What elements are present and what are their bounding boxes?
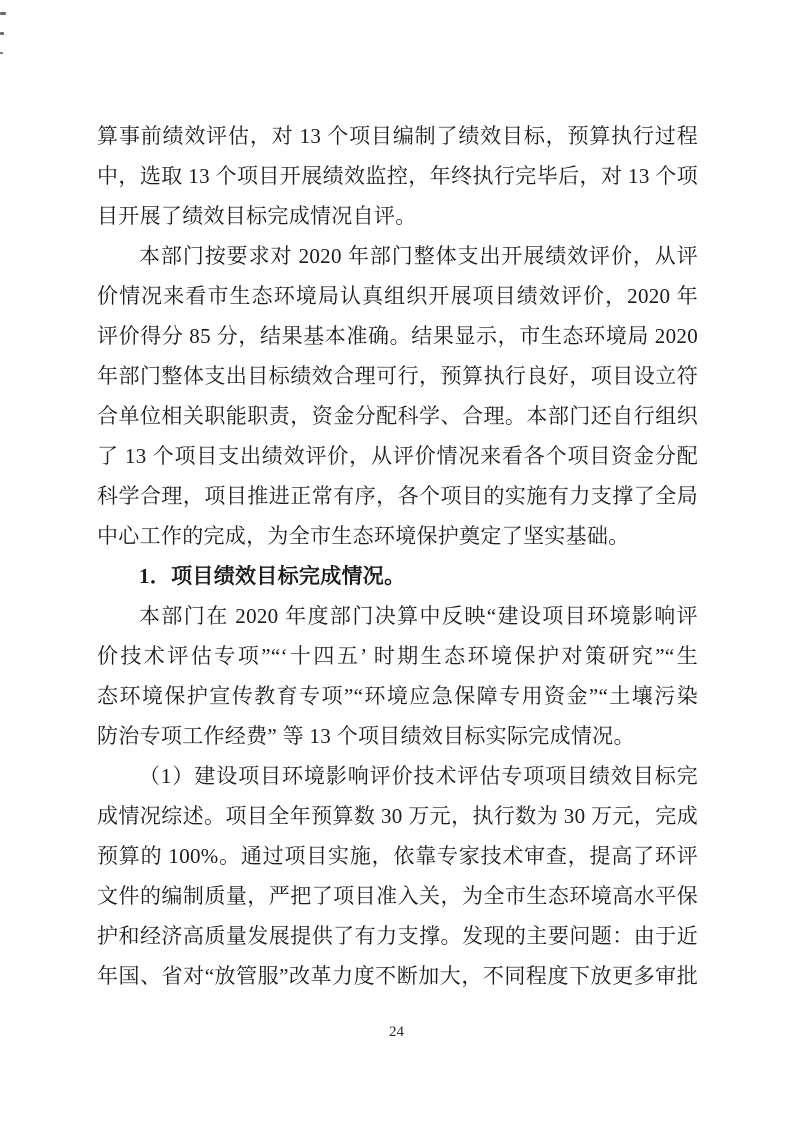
heading-line: 1．项目绩效目标完成情况。 xyxy=(97,556,698,596)
scan-artifact xyxy=(0,12,6,15)
text-line: 评价得分 85 分，结果基本准确。结果显示，市生态环境局 2020 xyxy=(97,316,698,356)
text-line: 年国、省对“放管服”改革力度不断加大，不同程度下放更多审批 xyxy=(97,956,698,996)
text-line: 价技术评估专项”“‘十四五’ 时期生态环境保护对策研究”“生 xyxy=(97,636,698,676)
text-line: 预算的 100%。通过项目实施，依靠专家技术审查，提高了环评 xyxy=(97,836,698,876)
text-line: 年部门整体支出目标绩效合理可行，预算执行良好，项目设立符 xyxy=(97,356,698,396)
text-line: 本部门按要求对 2020 年部门整体支出开展绩效评价，从评 xyxy=(97,236,698,276)
scan-artifact xyxy=(0,32,4,35)
text-line: 中心工作的完成，为全市生态环境保护奠定了坚实基础。 xyxy=(97,516,698,556)
text-line: 本部门在 2020 年度部门决算中反映“建设项目环境影响评 xyxy=(97,596,698,636)
text-line: 合单位相关职能职责，资金分配科学、合理。本部门还自行组织 xyxy=(97,396,698,436)
text-line: 防治专项工作经费” 等 13 个项目绩效目标实际完成情况。 xyxy=(97,716,698,756)
document-page: 算事前绩效评估，对 13 个项目编制了绩效目标，预算执行过程中，选取 13 个项… xyxy=(0,0,793,1122)
text-line: （1）建设项目环境影响评价技术评估专项项目绩效目标完 xyxy=(97,756,698,796)
page-number: 24 xyxy=(0,1022,793,1042)
text-line: 目开展了绩效目标完成情况自评。 xyxy=(97,196,698,236)
text-block: 算事前绩效评估，对 13 个项目编制了绩效目标，预算执行过程中，选取 13 个项… xyxy=(97,116,698,996)
scan-artifact xyxy=(0,52,3,54)
text-line: 了 13 个项目支出绩效评价，从评价情况来看各个项目资金分配 xyxy=(97,436,698,476)
text-line: 中，选取 13 个项目开展绩效监控，年终执行完毕后，对 13 个项 xyxy=(97,156,698,196)
text-line: 价情况来看市生态环境局认真组织开展项目绩效评价，2020 年 xyxy=(97,276,698,316)
text-line: 态环境保护宣传教育专项”“环境应急保障专用资金”“土壤污染 xyxy=(97,676,698,716)
text-line: 算事前绩效评估，对 13 个项目编制了绩效目标，预算执行过程 xyxy=(97,116,698,156)
text-line: 文件的编制质量，严把了项目准入关，为全市生态环境高水平保 xyxy=(97,876,698,916)
text-line: 成情况综述。项目全年预算数 30 万元，执行数为 30 万元，完成 xyxy=(97,796,698,836)
text-line: 护和经济高质量发展提供了有力支撑。发现的主要问题：由于近 xyxy=(97,916,698,956)
text-line: 科学合理，项目推进正常有序，各个项目的实施有力支撑了全局 xyxy=(97,476,698,516)
